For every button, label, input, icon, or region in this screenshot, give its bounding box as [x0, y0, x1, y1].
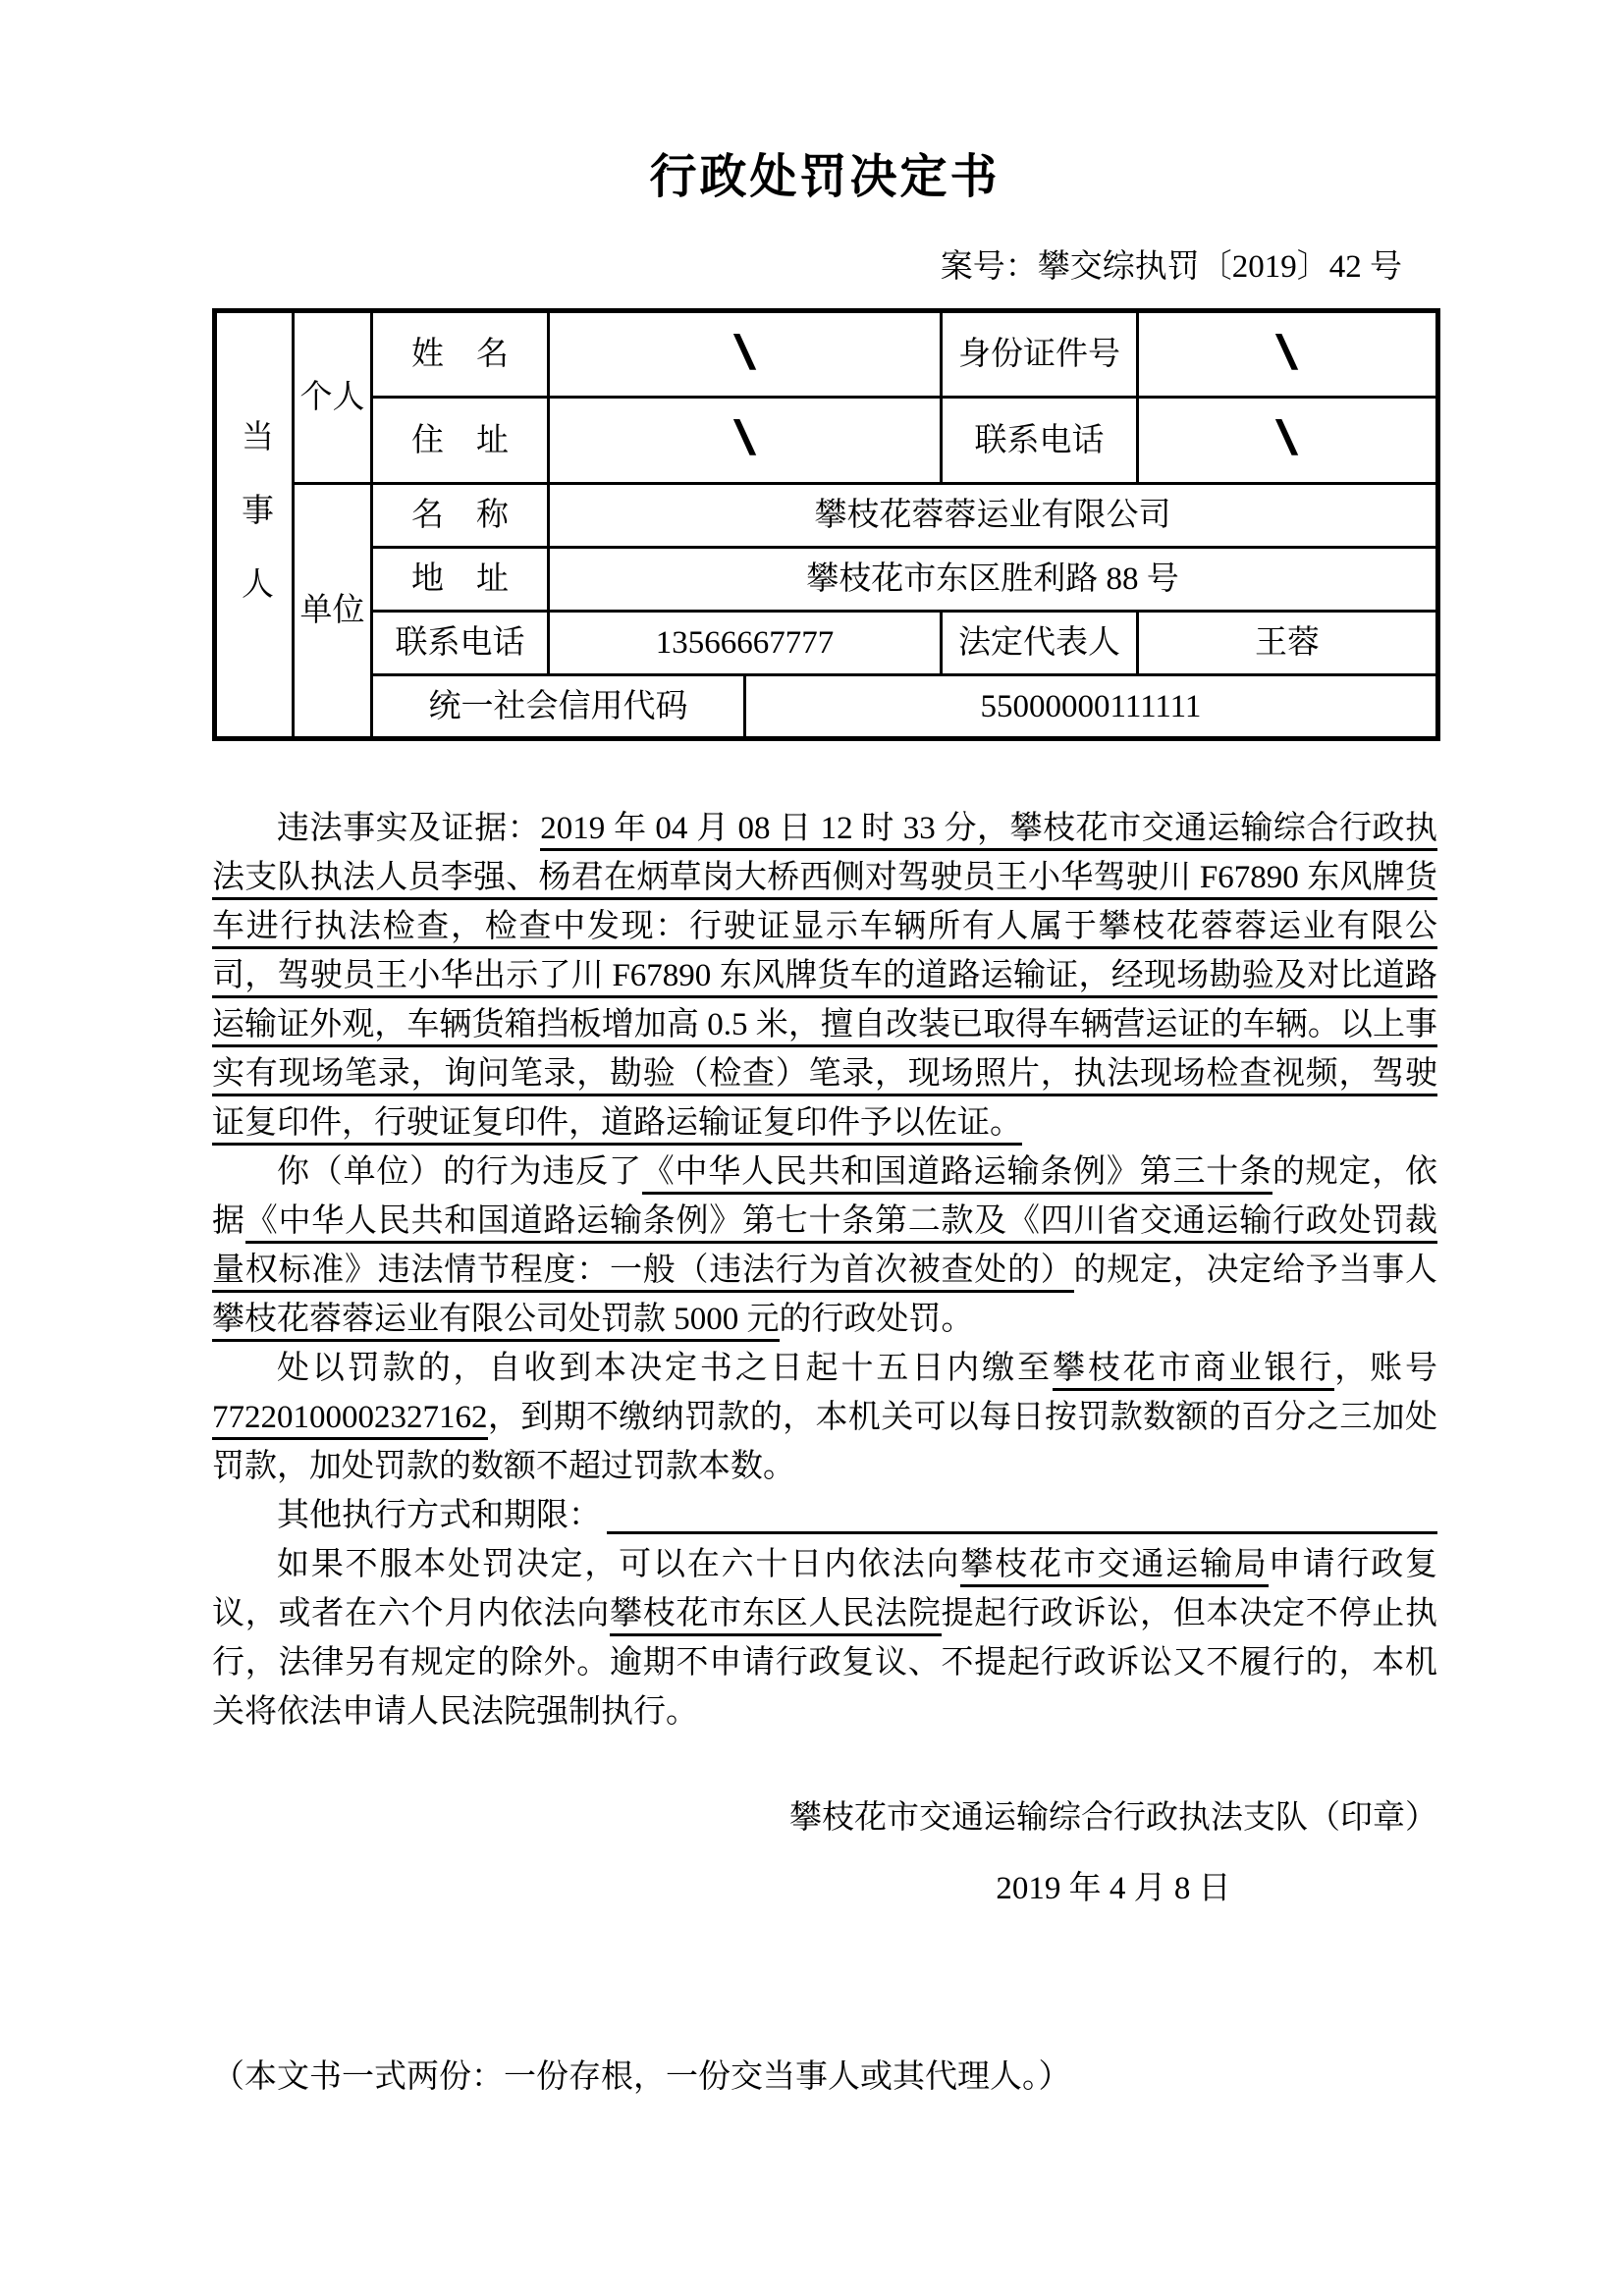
other-execution-label: 其他执行方式和期限：: [212, 1491, 601, 1540]
legal-basis-text: 的规定，决定给予当事人: [1074, 1253, 1438, 1288]
account-number-underlined: 77220100002327162: [212, 1400, 488, 1440]
legal-basis-paragraph: 你（单位）的行为违反了《中华人民共和国道路运输条例》第三十条的规定，依据《中华人…: [212, 1148, 1437, 1344]
legal-basis-text: 你（单位）的行为违反了: [277, 1154, 642, 1190]
document-page: 行政处罚决定书 案号：攀交综执罚〔2019〕42 号 当事人 个人 姓 名 \ …: [0, 0, 1624, 2296]
decision-date: 2019 年 4 月 8 日: [789, 1864, 1437, 1913]
group-label-organization: 单位: [294, 484, 372, 739]
id-number-value: \: [1138, 311, 1438, 398]
table-row: 当事人 个人 姓 名 \ 身份证件号 \: [215, 311, 1438, 398]
slash-placeholder-icon: \: [733, 326, 756, 380]
case-number: 案号：攀交综执罚〔2019〕42 号: [212, 245, 1437, 289]
facts-underlined-text: 2019 年 04 月 08 日 12 时 33 分，攀枝花市交通运输综合行政执…: [212, 811, 1437, 1146]
legal-rep-label: 法定代表人: [942, 612, 1138, 675]
slash-placeholder-icon: \: [1275, 412, 1298, 466]
court-name-underlined: 攀枝花市东区人民法院: [610, 1596, 942, 1636]
table-row: 单位 名 称 攀枝花蓉蓉运业有限公司: [215, 484, 1438, 548]
table-row: 统一社会信用代码 55000000111111: [215, 675, 1438, 739]
org-address-label: 地 址: [372, 548, 549, 612]
org-name-label: 名 称: [372, 484, 549, 548]
violated-regulation-underlined: 《中华人民共和国道路运输条例》第三十条: [642, 1154, 1272, 1195]
org-address-value: 攀枝花市东区胜利路 88 号: [549, 548, 1438, 612]
personal-phone-label: 联系电话: [942, 398, 1138, 484]
payment-text: 处以罚款的，自收到本决定书之日起十五日内缴至: [277, 1351, 1053, 1386]
table-row: 联系电话 13566667777 法定代表人 王蓉: [215, 612, 1438, 675]
org-name-value: 攀枝花蓉蓉运业有限公司: [549, 484, 1438, 548]
blank-fill-line: [607, 1491, 1437, 1534]
issuing-authority-signature: 攀枝花市交通运输综合行政执法支队（印章）: [789, 1793, 1437, 1842]
bank-name-underlined: 攀枝花市商业银行: [1053, 1351, 1334, 1391]
copies-note: （本文书一式两份：一份存根，一份交当事人或其代理人。）: [212, 2053, 1437, 2102]
review-authority-underlined: 攀枝花市交通运输局: [960, 1547, 1268, 1587]
signature-block: 攀枝花市交通运输综合行政执法支队（印章） 2019 年 4 月 8 日: [789, 1793, 1437, 1913]
residence-label: 住 址: [372, 398, 549, 484]
legal-rep-value: 王蓉: [1138, 612, 1438, 675]
org-phone-label: 联系电话: [372, 612, 549, 675]
facts-paragraph: 违法事实及证据：2019 年 04 月 08 日 12 时 33 分，攀枝花市交…: [212, 804, 1437, 1148]
credit-code-label: 统一社会信用代码: [372, 675, 745, 739]
payment-paragraph: 处以罚款的，自收到本决定书之日起十五日内缴至攀枝花市商业银行，账号7722010…: [212, 1344, 1437, 1491]
name-label: 姓 名: [372, 311, 549, 398]
signature-section: 攀枝花市交通运输综合行政执法支队（印章） 2019 年 4 月 8 日: [212, 1793, 1437, 1913]
slash-placeholder-icon: \: [1275, 326, 1298, 380]
document-content: 行政处罚决定书 案号：攀交综执罚〔2019〕42 号 当事人 个人 姓 名 \ …: [212, 0, 1437, 2102]
party-row-header: 当事人: [215, 311, 294, 739]
page-title: 行政处罚决定书: [212, 147, 1437, 208]
appeal-text: 如果不服本处罚决定，可以在六十日内依法向: [277, 1547, 960, 1582]
legal-basis-text: 的行政处罚。: [780, 1302, 974, 1337]
personal-phone-value: \: [1138, 398, 1438, 484]
appeal-paragraph: 如果不服本处罚决定，可以在六十日内依法向攀枝花市交通运输局申请行政复议，或者在六…: [212, 1540, 1437, 1736]
penalty-amount-underlined: 攀枝花蓉蓉运业有限公司处罚款 5000 元: [212, 1302, 780, 1342]
group-label-individual: 个人: [294, 311, 372, 484]
name-value: \: [549, 311, 942, 398]
residence-value: \: [549, 398, 942, 484]
party-info-table: 当事人 个人 姓 名 \ 身份证件号 \ 住 址 \ 联系电话 \ 单位 名 称…: [212, 308, 1440, 741]
table-row: 地 址 攀枝花市东区胜利路 88 号: [215, 548, 1438, 612]
table-row: 住 址 \ 联系电话 \: [215, 398, 1438, 484]
org-phone-value: 13566667777: [549, 612, 942, 675]
slash-placeholder-icon: \: [733, 412, 756, 466]
other-execution-paragraph: 其他执行方式和期限：: [212, 1491, 1437, 1540]
id-number-label: 身份证件号: [942, 311, 1138, 398]
facts-lead-text: 违法事实及证据：: [277, 811, 540, 846]
decision-body: 违法事实及证据：2019 年 04 月 08 日 12 时 33 分，攀枝花市交…: [212, 804, 1437, 1736]
credit-code-value: 55000000111111: [745, 675, 1438, 739]
payment-text: ，账号: [1334, 1351, 1437, 1386]
